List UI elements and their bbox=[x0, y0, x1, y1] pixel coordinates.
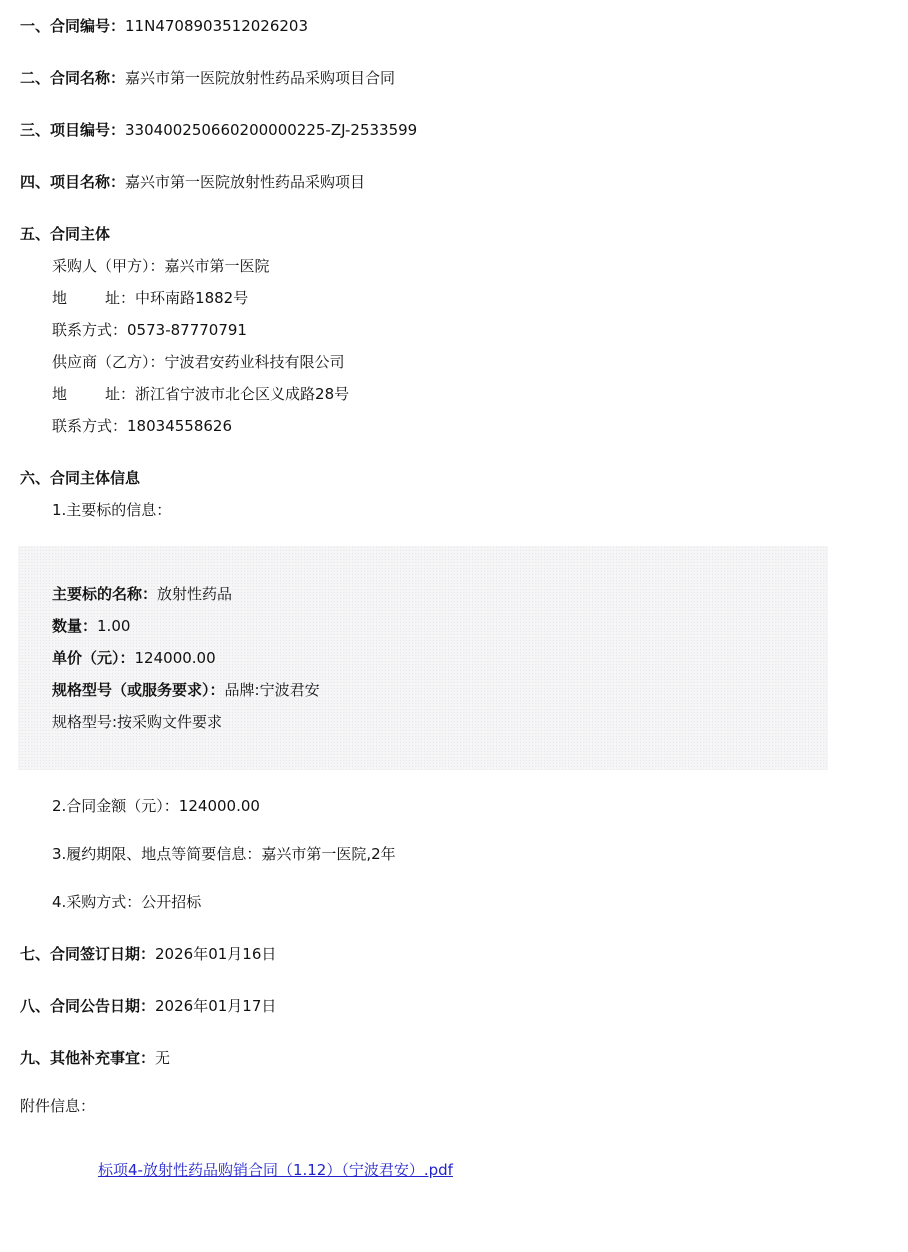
contract-parties-heading: 五、合同主体 bbox=[20, 224, 110, 244]
project-name-row: 四、项目名称：嘉兴市第一医院放射性药品采购项目 bbox=[20, 172, 365, 192]
contract-number-row: 一、合同编号：11N4708903512026203 bbox=[20, 16, 308, 36]
performance-info-text: 3.履约期限、地点等简要信息：嘉兴市第一医院,2年 bbox=[52, 845, 396, 863]
contract-info-heading: 六、合同主体信息 bbox=[20, 468, 140, 488]
contract-info-label: 六、合同主体信息 bbox=[20, 469, 140, 487]
buyer-contact-value: 0573-87770791 bbox=[127, 321, 247, 339]
buyer-address-label-part2: 址： bbox=[105, 289, 135, 307]
buyer-value: 嘉兴市第一医院 bbox=[165, 257, 270, 275]
buyer-address-label-part1: 地 bbox=[52, 289, 67, 307]
spec-label: 规格型号（或服务要求）： bbox=[52, 681, 225, 699]
supplier-address-row: 地址：浙江省宁波市北仑区义成路28号 bbox=[52, 384, 349, 404]
attachments-heading: 附件信息： bbox=[20, 1096, 95, 1116]
supplier-contact-row: 联系方式：18034558626 bbox=[52, 416, 232, 436]
sign-date-row: 七、合同签订日期：2026年01月16日 bbox=[20, 944, 276, 964]
quantity-row: 数量：1.00 bbox=[52, 616, 130, 636]
buyer-row: 采购人（甲方）：嘉兴市第一医院 bbox=[52, 256, 270, 276]
spec-model-row: 规格型号:按采购文件要求 bbox=[52, 712, 222, 732]
unit-price-label: 单价（元）： bbox=[52, 649, 135, 667]
contract-number-value: 11N4708903512026203 bbox=[125, 17, 308, 35]
supplier-label: 供应商（乙方）： bbox=[52, 353, 165, 371]
spec-model-value: 规格型号:按采购文件要求 bbox=[52, 713, 222, 731]
other-matters-label: 九、其他补充事宜： bbox=[20, 1049, 155, 1067]
supplier-row: 供应商（乙方）：宁波君安药业科技有限公司 bbox=[52, 352, 345, 372]
contract-parties-label: 五、合同主体 bbox=[20, 225, 110, 243]
project-number-label: 三、项目编号： bbox=[20, 121, 125, 139]
supplier-contact-value: 18034558626 bbox=[127, 417, 232, 435]
subject-name-label: 主要标的名称： bbox=[52, 585, 157, 603]
supplier-contact-label: 联系方式： bbox=[52, 417, 127, 435]
procurement-method-row: 4.采购方式：公开招标 bbox=[52, 892, 201, 912]
project-name-value: 嘉兴市第一医院放射性药品采购项目 bbox=[125, 173, 365, 191]
contract-name-value: 嘉兴市第一医院放射性药品采购项目合同 bbox=[125, 69, 395, 87]
quantity-value: 1.00 bbox=[97, 617, 130, 635]
contract-amount-text: 2.合同金额（元）：124000.00 bbox=[52, 797, 260, 815]
supplier-address-label-part1: 地 bbox=[52, 385, 67, 403]
other-matters-row: 九、其他补充事宜：无 bbox=[20, 1048, 170, 1068]
project-name-label: 四、项目名称： bbox=[20, 173, 125, 191]
sign-date-value: 2026年01月16日 bbox=[155, 945, 276, 963]
publish-date-row: 八、合同公告日期：2026年01月17日 bbox=[20, 996, 276, 1016]
subject-name-row: 主要标的名称：放射性药品 bbox=[52, 584, 232, 604]
attachment-link-pdf[interactable]: 标项4-放射性药品购销合同（1.12）（宁波君安）.pdf bbox=[98, 1160, 453, 1180]
other-matters-value: 无 bbox=[155, 1049, 170, 1067]
spec-row: 规格型号（或服务要求）：品牌:宁波君安 bbox=[52, 680, 320, 700]
unit-price-value: 124000.00 bbox=[135, 649, 216, 667]
project-number-value: 330400250660200000225-ZJ-2533599 bbox=[125, 121, 417, 139]
spec-brand-value: 品牌:宁波君安 bbox=[225, 681, 320, 699]
buyer-address-value: 中环南路1882号 bbox=[135, 289, 248, 307]
quantity-label: 数量： bbox=[52, 617, 97, 635]
supplier-address-label-part2: 址： bbox=[105, 385, 135, 403]
subject-name-value: 放射性药品 bbox=[157, 585, 232, 603]
buyer-contact-label: 联系方式： bbox=[52, 321, 127, 339]
publish-date-value: 2026年01月17日 bbox=[155, 997, 276, 1015]
main-subject-box: 主要标的名称：放射性药品 数量：1.00 单价（元）：124000.00 规格型… bbox=[18, 546, 828, 770]
performance-info-row: 3.履约期限、地点等简要信息：嘉兴市第一医院,2年 bbox=[52, 844, 396, 864]
contract-number-label: 一、合同编号： bbox=[20, 17, 125, 35]
buyer-address-row: 地址：中环南路1882号 bbox=[52, 288, 248, 308]
contract-amount-row: 2.合同金额（元）：124000.00 bbox=[52, 796, 260, 816]
sign-date-label: 七、合同签订日期： bbox=[20, 945, 155, 963]
procurement-method-text: 4.采购方式：公开招标 bbox=[52, 893, 201, 911]
main-subject-label: 1.主要标的信息： bbox=[52, 501, 171, 519]
contract-name-row: 二、合同名称：嘉兴市第一医院放射性药品采购项目合同 bbox=[20, 68, 395, 88]
contract-name-label: 二、合同名称： bbox=[20, 69, 125, 87]
main-subject-heading: 1.主要标的信息： bbox=[52, 500, 171, 520]
attachments-label: 附件信息： bbox=[20, 1097, 95, 1115]
publish-date-label: 八、合同公告日期： bbox=[20, 997, 155, 1015]
buyer-contact-row: 联系方式：0573-87770791 bbox=[52, 320, 247, 340]
project-number-row: 三、项目编号：330400250660200000225-ZJ-2533599 bbox=[20, 120, 417, 140]
buyer-label: 采购人（甲方）： bbox=[52, 257, 165, 275]
supplier-value: 宁波君安药业科技有限公司 bbox=[165, 353, 345, 371]
supplier-address-value: 浙江省宁波市北仑区义成路28号 bbox=[135, 385, 349, 403]
unit-price-row: 单价（元）：124000.00 bbox=[52, 648, 216, 668]
